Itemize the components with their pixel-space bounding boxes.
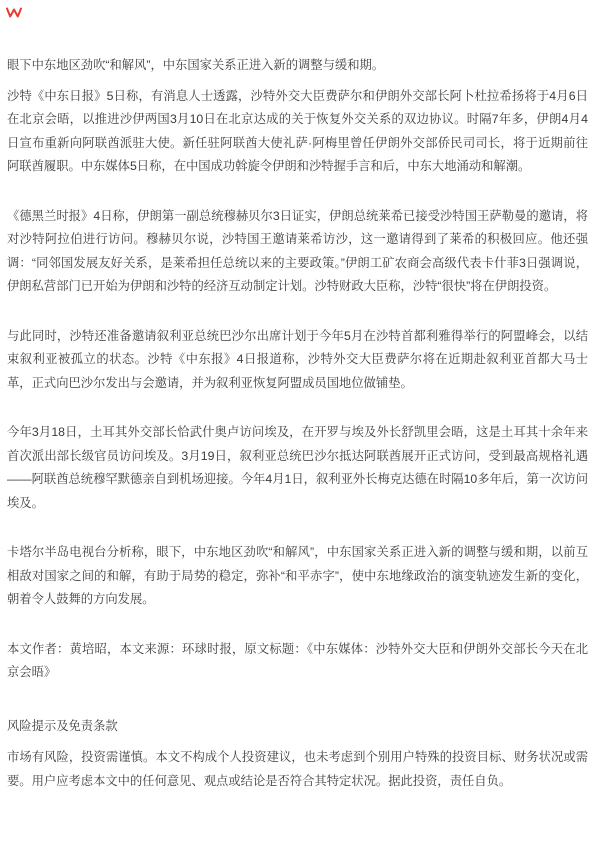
disclaimer-text: 市场有风险，投资需谨慎。本文不构成个人投资建议，也未考虑到个别用户特殊的投资目标…: [7, 746, 588, 793]
article-paragraph-turkey-egypt: 今年3月18日，土耳其外交部长恰武什奥卢访问埃及，在开罗与埃及外长舒凯里会晤，这…: [7, 421, 588, 515]
article-author-source-line: 本文作者：黄培昭，本文来源：环球时报，原文标题：《中东媒体：沙特外交大臣和伊朗外…: [7, 638, 588, 685]
article-body: 眼下中东地区劲吹“和解风”，中东国家关系正进入新的调整与缓和期。 沙特《中东日报…: [7, 0, 588, 793]
article-paragraph-tehran-times: 《德黑兰时报》4日称，伊朗第一副总统穆赫贝尔3日证实，伊朗总统莱希已接受沙特国王…: [7, 205, 588, 299]
disclaimer-heading: 风险提示及免责条款: [7, 715, 588, 739]
article-page: 眼下中东地区劲吹“和解风”，中东国家关系正进入新的调整与缓和期。 沙特《中东日报…: [0, 0, 595, 842]
article-lede: 眼下中东地区劲吹“和解风”，中东国家关系正进入新的调整与缓和期。: [7, 54, 588, 78]
article-paragraph-saudi-iran-meeting: 沙特《中东日报》5日称，有消息人士透露，沙特外交大臣费萨尔和伊朗外交部长阿卜杜拉…: [7, 85, 588, 179]
wallstreetcn-logo-icon: [6, 7, 22, 18]
article-paragraph-aljazeera-analysis: 卡塔尔半岛电视台分析称，眼下，中东地区劲吹“和解风”，中东国家关系正进入新的调整…: [7, 541, 588, 612]
article-paragraph-syria-summit: 与此同时，沙特还准备邀请叙利亚总统巴沙尔出席计划于今年5月在沙特首都利雅得举行的…: [7, 325, 588, 396]
